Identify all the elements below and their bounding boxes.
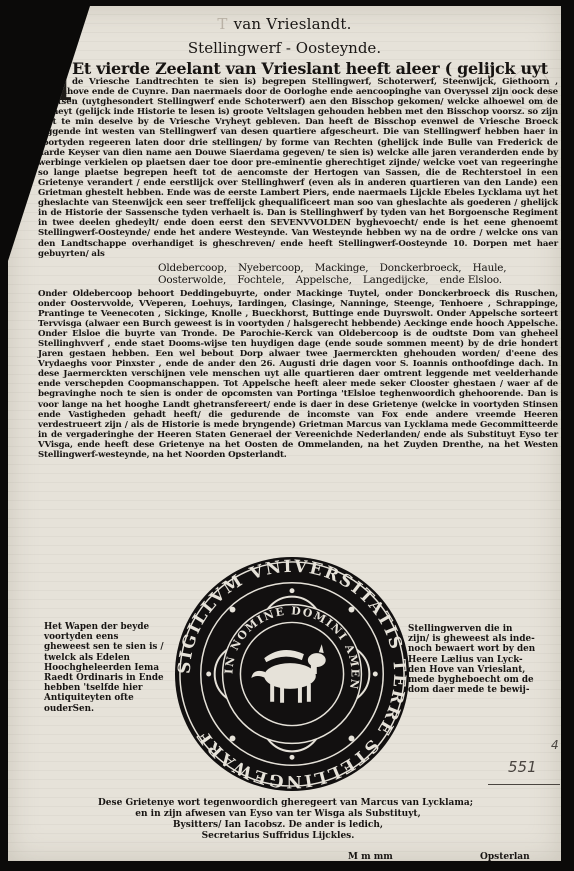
village: Fochtele,	[237, 274, 284, 286]
annotation-number: 551	[508, 758, 537, 776]
seal-coat-of-arms-icon: SIGILLVM VNIVERSITATIS TERRE STELLINGEWA…	[173, 554, 411, 794]
running-head: Tvan Vrieslandt.	[8, 15, 561, 33]
village-row-1: Oldebercoop, Nyebercoop, Mackinge, Donck…	[158, 262, 558, 274]
village-row-2: Oosterwolde, Fochtele, Appelsche, Langed…	[158, 274, 558, 286]
annotation-superscript: 4	[551, 738, 559, 752]
village: Mackinge,	[315, 262, 369, 274]
village: Nyebercoop,	[238, 262, 304, 274]
village: Oldebercoop,	[158, 262, 227, 274]
footer-administration: Dese Grietenye wort tegenwoordich ghereg…	[98, 798, 458, 842]
village: Oosterwolde,	[158, 274, 226, 286]
footer-line: Bysitters/ Ian Iacobsz. De ander is ledi…	[98, 820, 458, 831]
drop-cap: H	[26, 58, 73, 108]
village: Langedijcke,	[363, 274, 429, 286]
village-list: Oldebercoop, Nyebercoop, Mackinge, Donck…	[158, 262, 558, 287]
opening-line: Et vierde Zeelant van Vrieslant heeft al…	[72, 60, 558, 77]
paragraph-2: Onder Oldebercoop behoort Deddingebuyrte…	[38, 289, 558, 461]
annotation-underline	[488, 784, 560, 785]
section-title: Stellingwerf - Oosteynde.	[8, 39, 561, 57]
side-note-left: Het Wapen der beyde voortyden eens ghewe…	[44, 622, 164, 714]
signature-mark: M m mm	[348, 852, 393, 862]
footer-line: Secretarius Suffridus Lijckles.	[98, 831, 458, 842]
pencil-annotation: 551 4	[508, 758, 537, 776]
side-note-right: Stellingwerven die in zijn/ is gheweest …	[408, 624, 536, 695]
village: Haule,	[473, 262, 507, 274]
catchword: Opsterlan	[480, 852, 530, 862]
village: ende Elsloo.	[440, 274, 502, 286]
village: Appelsche,	[296, 274, 352, 286]
body-text: H Et vierde Zeelant van Vrieslant heeft …	[38, 60, 558, 460]
footer-line: en in zijn afwesen van Eyso van ter Wisg…	[98, 809, 458, 820]
bleed-through-text: T	[217, 15, 227, 33]
village: Donckerbroeck,	[380, 262, 462, 274]
footer-line: Dese Grietenye wort tegenwoordich ghereg…	[98, 798, 458, 809]
document-page: Tvan Vrieslandt. Stellingwerf - Oosteynd…	[8, 6, 561, 861]
paragraph-1: de Vriesche Landtrechten te sien is) beg…	[38, 77, 558, 259]
